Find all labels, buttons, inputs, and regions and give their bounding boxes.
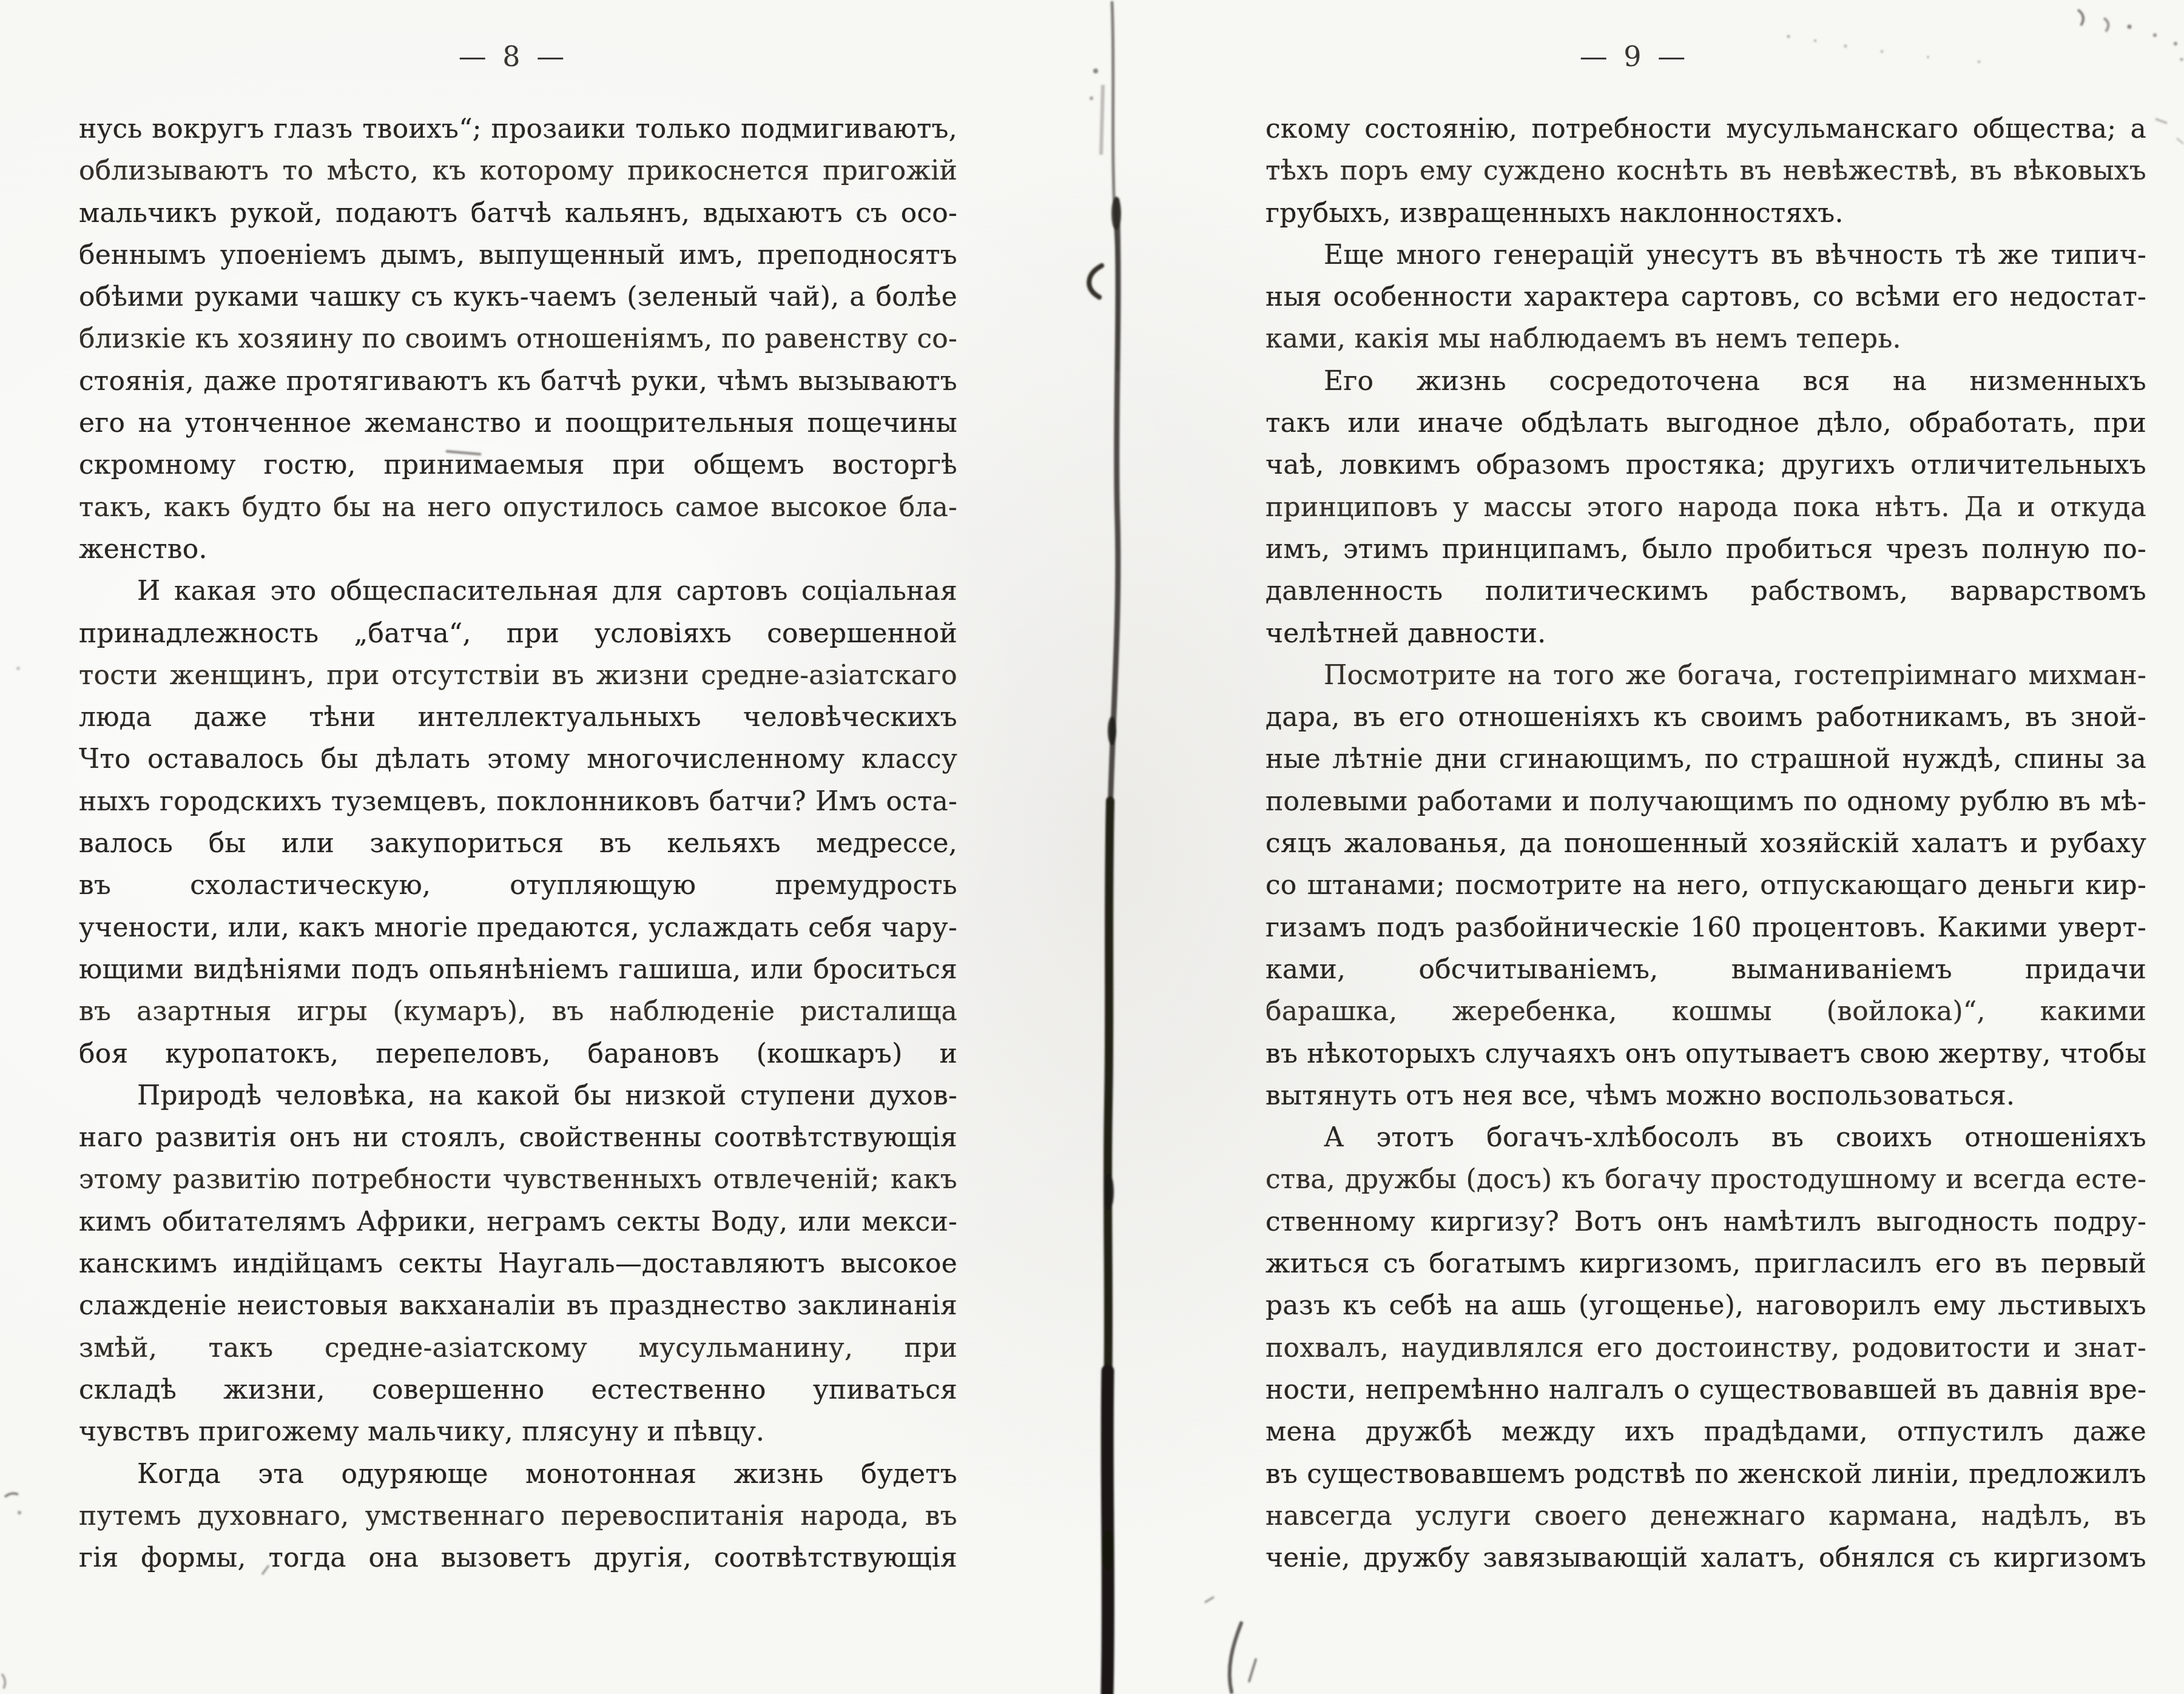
- text-line: боя куропатокъ, перепеловъ, барановъ (ко…: [79, 1033, 957, 1075]
- text-line: такъ или иначе обдѣлать выгодное дѣло, о…: [1266, 402, 2146, 444]
- margin-curl-mark: [2, 1674, 5, 1689]
- text-line: слажденіе неистовыя вакханаліи въ праздн…: [79, 1285, 957, 1326]
- text-line: Что оставалось бы дѣлать этому многочисл…: [79, 738, 957, 780]
- margin-speck: [18, 1511, 21, 1514]
- text-line: барашка, жеребенка, кошмы (войлока)“, ка…: [1266, 990, 2146, 1032]
- gutter-crease-top: [1112, 2, 1118, 370]
- gutter-side-line: [1101, 85, 1103, 155]
- text-line: учености, или, какъ многіе предаются, ус…: [79, 907, 957, 949]
- text-line: въ схоластическую, отупляющую премудрост…: [79, 864, 957, 906]
- text-line: разъ къ себѣ на ашь (угощенье), наговори…: [1266, 1285, 2146, 1326]
- text-line: нусь вокругъ глазъ твоихъ“; прозаики тол…: [79, 108, 957, 150]
- text-line: мальчикъ рукой, подаютъ батчѣ кальянъ, в…: [79, 192, 957, 234]
- gutter-crease-mid: [1110, 200, 1118, 813]
- dust-speck: [1814, 39, 1816, 42]
- text-line: навсегда услуги своего денежнаго кармана…: [1266, 1495, 2146, 1537]
- text-line: люда даже тѣни интеллектуальныхъ человѣч…: [79, 696, 957, 738]
- margin-mark: [5, 1493, 18, 1497]
- ink-slash-mark: [1249, 1659, 1256, 1681]
- book-scan: { "colors": { "paper": "#f7f7f4", "ink":…: [0, 0, 2184, 1694]
- dust-speck: [2180, 58, 2183, 61]
- gutter-speck: [1093, 69, 1098, 73]
- gutter-blob: [1102, 1529, 1114, 1570]
- text-line: ственному киргизу? Вотъ онъ намѣтилъ выг…: [1266, 1201, 2146, 1243]
- text-line: скому состоянію, потребности мусульманск…: [1266, 108, 2146, 150]
- gutter-crease-bottom: [1107, 1371, 1108, 1694]
- text-line: гія формы, тогда она вызоветъ другія, со…: [79, 1537, 957, 1579]
- text-line: принадлежность „батча“, при условіяхъ со…: [79, 613, 957, 654]
- gutter-blob: [1104, 1174, 1114, 1210]
- text-line: въ существовавшемъ родствѣ по женской ли…: [1266, 1453, 2146, 1495]
- text-line: въ нѣкоторыхъ случаяхъ онъ опутываетъ св…: [1266, 1033, 2146, 1075]
- gutter-blob: [1108, 716, 1116, 745]
- text-line: ками, какія мы наблюдаемъ въ немъ теперь…: [1266, 318, 2146, 360]
- text-line: скромному гостю, принимаемыя при общемъ …: [79, 444, 957, 486]
- text-line: обѣими руками чашку съ кукъ-чаемъ (зелен…: [79, 276, 957, 318]
- ink-slash-mark: [1230, 1623, 1241, 1692]
- text-line: со штанами; посмотрите на него, отпускаю…: [1266, 864, 2146, 906]
- dust-speck: [2128, 25, 2132, 29]
- text-line: ченіе, дружбу завязывающій халатъ, обнял…: [1266, 1537, 2146, 1579]
- text-line: тости женщинъ, при отсутствіи въ жизни с…: [79, 654, 957, 696]
- text-line: его на утонченное жеманство и поощритель…: [79, 402, 957, 444]
- gutter-hook-mark: [1089, 266, 1102, 297]
- dust-dash: [2155, 119, 2167, 123]
- gutter-blob: [1111, 197, 1121, 230]
- text-line: ками, обсчитываніемъ, выманиваніемъ прид…: [1266, 949, 2146, 990]
- text-line: грубыхъ, извращенныхъ наклонностяхъ.: [1266, 192, 2146, 234]
- text-line: канскимъ индійцамъ секты Наугаль—доставл…: [79, 1243, 957, 1285]
- text-line: давленность политическимъ рабствомъ, вар…: [1266, 570, 2146, 612]
- dust-speck: [1787, 35, 1790, 38]
- text-line: полевыми работами и получающимъ по одном…: [1266, 781, 2146, 822]
- text-line: принциповъ у массы этого народа пока нѣт…: [1266, 486, 2146, 528]
- text-line: кимъ обитателямъ Африки, неграмъ секты В…: [79, 1201, 957, 1243]
- gutter-speck: [1090, 96, 1093, 100]
- text-line: складѣ жизни, совершенно естественно упи…: [79, 1369, 957, 1411]
- text-line: такъ, какъ будто бы на него опустилось с…: [79, 486, 957, 528]
- text-line: вытянуть отъ нея все, чѣмъ можно восполь…: [1266, 1075, 2146, 1117]
- text-line: облизываютъ то мѣсто, къ которому прикос…: [79, 150, 957, 192]
- text-line: Посмотрите на того же богача, гостепріим…: [1266, 654, 2146, 696]
- text-line: Природѣ человѣка, на какой бы низкой сту…: [79, 1075, 957, 1117]
- text-line: ющими видѣніями подъ опьянѣніемъ гашиша,…: [79, 949, 957, 990]
- ink-tick-mark: [1205, 1597, 1214, 1602]
- text-line: Его жизнь сосредоточена вся на низменных…: [1266, 360, 2146, 402]
- text-line: змѣй, такъ средне-азіатскому мусульманин…: [79, 1327, 957, 1369]
- text-line: Когда эта одуряюще монотонная жизнь буде…: [79, 1453, 957, 1495]
- text-line: наго развитія онъ ни стоялъ, свойственны…: [79, 1117, 957, 1158]
- margin-speck: [16, 667, 20, 670]
- page-9-number-header: — 9 —: [1531, 40, 1737, 73]
- text-line: Еще много генерацій унесутъ въ вѣчность …: [1266, 234, 2146, 276]
- text-line: имъ, этимъ принципамъ, было пробиться чр…: [1266, 528, 2146, 570]
- text-line: женство.: [79, 528, 957, 570]
- dust-speck: [2174, 42, 2177, 45]
- text-line: ства, дружбы (досъ) къ богачу простодушн…: [1266, 1158, 2146, 1200]
- text-line: ные лѣтніе дни сгинающимъ, по страшной н…: [1266, 738, 2146, 780]
- text-line: ности, непремѣнно налгалъ о существовавш…: [1266, 1369, 2146, 1411]
- text-line: чаѣ, ловкимъ образомъ простяка; другихъ …: [1266, 444, 2146, 486]
- gutter-crease-lower: [1108, 801, 1110, 1395]
- text-line: И какая это общеспасительная для сартовъ…: [79, 570, 957, 612]
- text-line: беннымъ упоеніемъ дымъ, выпущенный имъ, …: [79, 234, 957, 276]
- text-line: А этотъ богачъ-хлѣбосолъ въ своихъ отнош…: [1266, 1117, 2146, 1158]
- dust-speck: [2153, 33, 2157, 37]
- text-line: стоянія, даже протягиваютъ къ батчѣ руки…: [79, 360, 957, 402]
- text-line: чувствъ пригожему мальчику, плясуну и пѣ…: [79, 1411, 957, 1453]
- dust-speck: [1927, 56, 1929, 58]
- dust-speck: [1881, 50, 1884, 53]
- text-line: валось бы или закупориться въ кельяхъ ме…: [79, 822, 957, 864]
- text-line: путемъ духовнаго, умственнаго перевоспит…: [79, 1495, 957, 1537]
- dust-speck: [1978, 61, 1981, 64]
- text-line: этому развитію потребности чувственныхъ …: [79, 1158, 957, 1200]
- page-8-text: нусь вокругъ глазъ твоихъ“; прозаики тол…: [79, 108, 957, 1579]
- text-line: близкіе къ хозяину по своимъ отношеніямъ…: [79, 318, 957, 360]
- page-8-number-header: — 8 —: [410, 40, 616, 73]
- text-line: ныхъ городскихъ туземцевъ, поклонниковъ …: [79, 781, 957, 822]
- text-line: мена дружбѣ между ихъ прадѣдами, отпусти…: [1266, 1411, 2146, 1453]
- dust-dash: [2177, 138, 2183, 144]
- text-line: дара, въ его отношеніяхъ къ своимъ работ…: [1266, 696, 2146, 738]
- text-line: житься съ богатымъ киргизомъ, пригласилъ…: [1266, 1243, 2146, 1285]
- text-line: сяцъ жалованья, да поношенный хозяйскій …: [1266, 822, 2146, 864]
- text-line: челѣтней давности.: [1266, 613, 2146, 654]
- text-line: ныя особенности характера сартовъ, со вс…: [1266, 276, 2146, 318]
- dust-speck: [1844, 45, 1847, 48]
- text-line: въ азартныя игры (кумаръ), въ наблюденіе…: [79, 990, 957, 1032]
- corner-curl-mark: [2078, 10, 2083, 25]
- text-line: тѣхъ поръ ему суждено коснѣть въ невѣжес…: [1266, 150, 2146, 192]
- page-9-text: скому состоянію, потребности мусульманск…: [1266, 108, 2146, 1579]
- text-line: гизамъ подъ разбойническіе 160 процентов…: [1266, 907, 2146, 949]
- corner-curl-mark: [2104, 18, 2108, 32]
- text-line: похвалъ, наудивлялся его достоинству, ро…: [1266, 1327, 2146, 1369]
